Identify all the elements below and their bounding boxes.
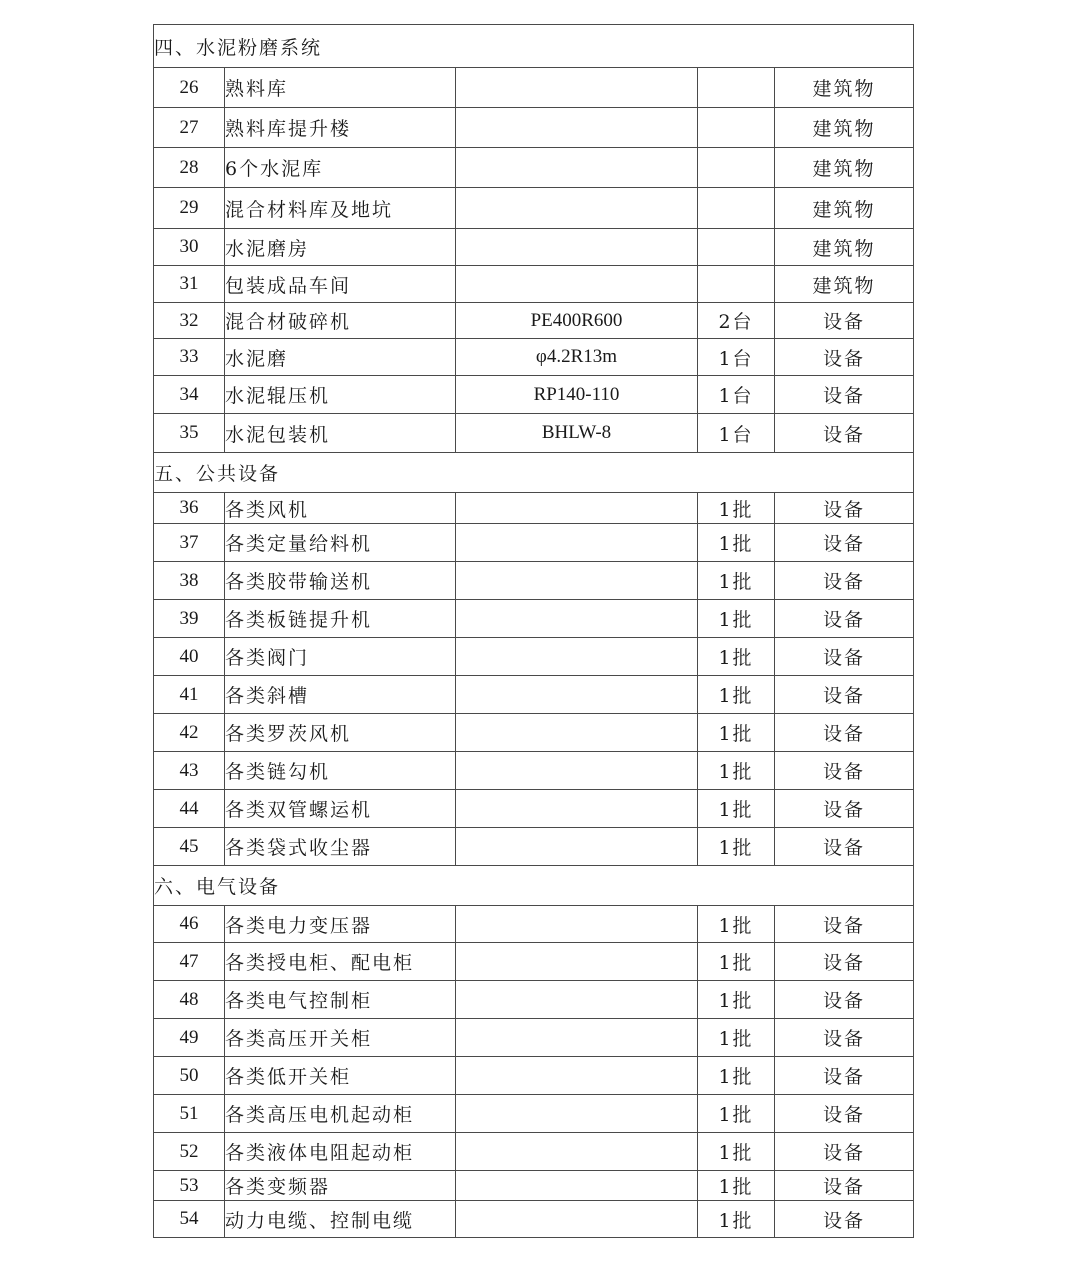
item-quantity: 1批 bbox=[698, 1133, 775, 1171]
item-quantity: 1批 bbox=[698, 524, 775, 562]
item-number: 54 bbox=[154, 1201, 225, 1238]
section-title: 五、公共设备 bbox=[154, 453, 914, 493]
table-row: 286个水泥库建筑物 bbox=[154, 148, 914, 188]
item-number: 26 bbox=[154, 68, 225, 108]
table-row: 45各类袋式收尘器1批设备 bbox=[154, 828, 914, 866]
item-number: 32 bbox=[154, 303, 225, 339]
item-number: 47 bbox=[154, 943, 225, 981]
table-row: 40各类阀门1批设备 bbox=[154, 638, 914, 676]
table-row: 30水泥磨房建筑物 bbox=[154, 229, 914, 266]
item-model bbox=[456, 68, 698, 108]
item-name: 各类电力变压器 bbox=[225, 906, 456, 943]
item-model bbox=[456, 1171, 698, 1201]
table-row: 26熟料库建筑物 bbox=[154, 68, 914, 108]
item-category: 设备 bbox=[775, 1057, 914, 1095]
table-row: 37各类定量给料机1批设备 bbox=[154, 524, 914, 562]
table-row: 38各类胶带输送机1批设备 bbox=[154, 562, 914, 600]
item-number: 40 bbox=[154, 638, 225, 676]
item-quantity bbox=[698, 148, 775, 188]
item-quantity: 1批 bbox=[698, 638, 775, 676]
item-number: 50 bbox=[154, 1057, 225, 1095]
item-name: 混合材破碎机 bbox=[225, 303, 456, 339]
item-quantity: 1台 bbox=[698, 414, 775, 453]
item-quantity: 1批 bbox=[698, 828, 775, 866]
item-category: 设备 bbox=[775, 562, 914, 600]
table-row: 35水泥包装机BHLW-81台设备 bbox=[154, 414, 914, 453]
item-number: 38 bbox=[154, 562, 225, 600]
item-name: 各类胶带输送机 bbox=[225, 562, 456, 600]
item-name: 各类链勾机 bbox=[225, 752, 456, 790]
item-model bbox=[456, 943, 698, 981]
item-quantity bbox=[698, 68, 775, 108]
section-title: 六、电气设备 bbox=[154, 866, 914, 906]
item-name: 各类板链提升机 bbox=[225, 600, 456, 638]
item-name: 各类高压开关柜 bbox=[225, 1019, 456, 1057]
item-category: 设备 bbox=[775, 714, 914, 752]
item-category: 设备 bbox=[775, 339, 914, 376]
item-model bbox=[456, 1057, 698, 1095]
item-model bbox=[456, 906, 698, 943]
item-quantity: 1批 bbox=[698, 1201, 775, 1238]
item-model bbox=[456, 714, 698, 752]
table-row: 33水泥磨φ4.2R13m1台设备 bbox=[154, 339, 914, 376]
item-model bbox=[456, 638, 698, 676]
item-quantity: 1批 bbox=[698, 981, 775, 1019]
item-model bbox=[456, 266, 698, 303]
section-header-row: 六、电气设备 bbox=[154, 866, 914, 906]
item-category: 设备 bbox=[775, 638, 914, 676]
item-name: 动力电缆、控制电缆 bbox=[225, 1201, 456, 1238]
item-model bbox=[456, 828, 698, 866]
item-name: 混合材料库及地坑 bbox=[225, 188, 456, 229]
item-model bbox=[456, 1095, 698, 1133]
item-quantity: 1批 bbox=[698, 714, 775, 752]
item-model bbox=[456, 493, 698, 524]
item-model: PE400R600 bbox=[456, 303, 698, 339]
item-name: 各类定量给料机 bbox=[225, 524, 456, 562]
item-category: 建筑物 bbox=[775, 148, 914, 188]
item-name: 各类罗茨风机 bbox=[225, 714, 456, 752]
item-model bbox=[456, 229, 698, 266]
item-category: 设备 bbox=[775, 943, 914, 981]
item-name: 各类授电柜、配电柜 bbox=[225, 943, 456, 981]
item-number: 34 bbox=[154, 376, 225, 414]
item-number: 44 bbox=[154, 790, 225, 828]
item-category: 设备 bbox=[775, 376, 914, 414]
table-row: 31包装成品车间建筑物 bbox=[154, 266, 914, 303]
section-header-row: 五、公共设备 bbox=[154, 453, 914, 493]
item-category: 设备 bbox=[775, 1133, 914, 1171]
item-category: 建筑物 bbox=[775, 229, 914, 266]
item-number: 30 bbox=[154, 229, 225, 266]
table-row: 41各类斜槽1批设备 bbox=[154, 676, 914, 714]
item-number: 27 bbox=[154, 108, 225, 148]
item-number: 41 bbox=[154, 676, 225, 714]
table-row: 49各类高压开关柜1批设备 bbox=[154, 1019, 914, 1057]
table-row: 51各类高压电机起动柜1批设备 bbox=[154, 1095, 914, 1133]
table-row: 47各类授电柜、配电柜1批设备 bbox=[154, 943, 914, 981]
item-category: 设备 bbox=[775, 1201, 914, 1238]
item-quantity: 1批 bbox=[698, 1019, 775, 1057]
item-quantity: 1批 bbox=[698, 1057, 775, 1095]
item-number: 28 bbox=[154, 148, 225, 188]
item-number: 42 bbox=[154, 714, 225, 752]
item-number: 45 bbox=[154, 828, 225, 866]
table-row: 50各类低开关柜1批设备 bbox=[154, 1057, 914, 1095]
table-row: 42各类罗茨风机1批设备 bbox=[154, 714, 914, 752]
section-title: 四、水泥粉磨系统 bbox=[154, 25, 914, 68]
item-model bbox=[456, 676, 698, 714]
item-model: φ4.2R13m bbox=[456, 339, 698, 376]
item-number: 48 bbox=[154, 981, 225, 1019]
item-model bbox=[456, 1201, 698, 1238]
item-name: 包装成品车间 bbox=[225, 266, 456, 303]
item-model bbox=[456, 1133, 698, 1171]
item-category: 建筑物 bbox=[775, 266, 914, 303]
item-quantity bbox=[698, 108, 775, 148]
item-model bbox=[456, 148, 698, 188]
item-model bbox=[456, 108, 698, 148]
item-number: 35 bbox=[154, 414, 225, 453]
section-header-row: 四、水泥粉磨系统 bbox=[154, 25, 914, 68]
item-quantity: 1批 bbox=[698, 1171, 775, 1201]
item-name: 各类高压电机起动柜 bbox=[225, 1095, 456, 1133]
item-model bbox=[456, 562, 698, 600]
table-row: 44各类双管螺运机1批设备 bbox=[154, 790, 914, 828]
item-category: 设备 bbox=[775, 1019, 914, 1057]
table-row: 43各类链勾机1批设备 bbox=[154, 752, 914, 790]
item-model bbox=[456, 524, 698, 562]
item-number: 49 bbox=[154, 1019, 225, 1057]
item-quantity bbox=[698, 266, 775, 303]
table-row: 53各类变频器1批设备 bbox=[154, 1171, 914, 1201]
item-quantity: 1批 bbox=[698, 906, 775, 943]
item-quantity: 1批 bbox=[698, 562, 775, 600]
item-name: 熟料库提升楼 bbox=[225, 108, 456, 148]
item-quantity: 2台 bbox=[698, 303, 775, 339]
table-row: 34水泥辊压机RP140-1101台设备 bbox=[154, 376, 914, 414]
item-category: 设备 bbox=[775, 524, 914, 562]
item-category: 设备 bbox=[775, 600, 914, 638]
item-number: 37 bbox=[154, 524, 225, 562]
equipment-table: 四、水泥粉磨系统26熟料库建筑物27熟料库提升楼建筑物286个水泥库建筑物29混… bbox=[153, 24, 914, 1238]
item-quantity bbox=[698, 188, 775, 229]
item-number: 39 bbox=[154, 600, 225, 638]
table-row: 36各类风机1批设备 bbox=[154, 493, 914, 524]
table-row: 48各类电气控制柜1批设备 bbox=[154, 981, 914, 1019]
item-number: 43 bbox=[154, 752, 225, 790]
item-name: 各类低开关柜 bbox=[225, 1057, 456, 1095]
table-row: 54动力电缆、控制电缆1批设备 bbox=[154, 1201, 914, 1238]
item-number: 36 bbox=[154, 493, 225, 524]
item-number: 46 bbox=[154, 906, 225, 943]
item-name: 各类变频器 bbox=[225, 1171, 456, 1201]
table-row: 27熟料库提升楼建筑物 bbox=[154, 108, 914, 148]
item-quantity: 1批 bbox=[698, 943, 775, 981]
item-number: 52 bbox=[154, 1133, 225, 1171]
table-row: 39各类板链提升机1批设备 bbox=[154, 600, 914, 638]
item-number: 33 bbox=[154, 339, 225, 376]
item-model bbox=[456, 188, 698, 229]
item-name: 熟料库 bbox=[225, 68, 456, 108]
item-number: 53 bbox=[154, 1171, 225, 1201]
item-quantity: 1批 bbox=[698, 676, 775, 714]
table-row: 32混合材破碎机PE400R6002台设备 bbox=[154, 303, 914, 339]
item-quantity: 1批 bbox=[698, 493, 775, 524]
item-name: 水泥辊压机 bbox=[225, 376, 456, 414]
item-name: 水泥磨房 bbox=[225, 229, 456, 266]
item-model bbox=[456, 600, 698, 638]
table-row: 29混合材料库及地坑建筑物 bbox=[154, 188, 914, 229]
item-model bbox=[456, 981, 698, 1019]
item-category: 设备 bbox=[775, 414, 914, 453]
item-quantity: 1台 bbox=[698, 339, 775, 376]
item-quantity bbox=[698, 229, 775, 266]
item-name: 各类双管螺运机 bbox=[225, 790, 456, 828]
item-model bbox=[456, 1019, 698, 1057]
item-name: 各类斜槽 bbox=[225, 676, 456, 714]
item-category: 设备 bbox=[775, 1095, 914, 1133]
table-row: 46各类电力变压器1批设备 bbox=[154, 906, 914, 943]
item-name: 各类风机 bbox=[225, 493, 456, 524]
item-name: 各类电气控制柜 bbox=[225, 981, 456, 1019]
item-name: 各类阀门 bbox=[225, 638, 456, 676]
item-quantity: 1批 bbox=[698, 600, 775, 638]
item-category: 设备 bbox=[775, 790, 914, 828]
item-quantity: 1批 bbox=[698, 790, 775, 828]
item-category: 设备 bbox=[775, 828, 914, 866]
table-row: 52各类液体电阻起动柜1批设备 bbox=[154, 1133, 914, 1171]
item-category: 建筑物 bbox=[775, 68, 914, 108]
item-number: 51 bbox=[154, 1095, 225, 1133]
item-model: BHLW-8 bbox=[456, 414, 698, 453]
item-name: 6个水泥库 bbox=[225, 148, 456, 188]
item-category: 设备 bbox=[775, 752, 914, 790]
item-category: 设备 bbox=[775, 981, 914, 1019]
item-name: 各类液体电阻起动柜 bbox=[225, 1133, 456, 1171]
item-category: 设备 bbox=[775, 493, 914, 524]
item-model bbox=[456, 752, 698, 790]
item-category: 设备 bbox=[775, 676, 914, 714]
item-name: 各类袋式收尘器 bbox=[225, 828, 456, 866]
item-category: 建筑物 bbox=[775, 188, 914, 229]
item-number: 31 bbox=[154, 266, 225, 303]
item-quantity: 1批 bbox=[698, 1095, 775, 1133]
item-name: 水泥磨 bbox=[225, 339, 456, 376]
item-quantity: 1批 bbox=[698, 752, 775, 790]
item-category: 设备 bbox=[775, 1171, 914, 1201]
item-category: 建筑物 bbox=[775, 108, 914, 148]
item-model bbox=[456, 790, 698, 828]
item-category: 设备 bbox=[775, 303, 914, 339]
item-category: 设备 bbox=[775, 906, 914, 943]
item-quantity: 1台 bbox=[698, 376, 775, 414]
item-name: 水泥包装机 bbox=[225, 414, 456, 453]
item-number: 29 bbox=[154, 188, 225, 229]
item-model: RP140-110 bbox=[456, 376, 698, 414]
